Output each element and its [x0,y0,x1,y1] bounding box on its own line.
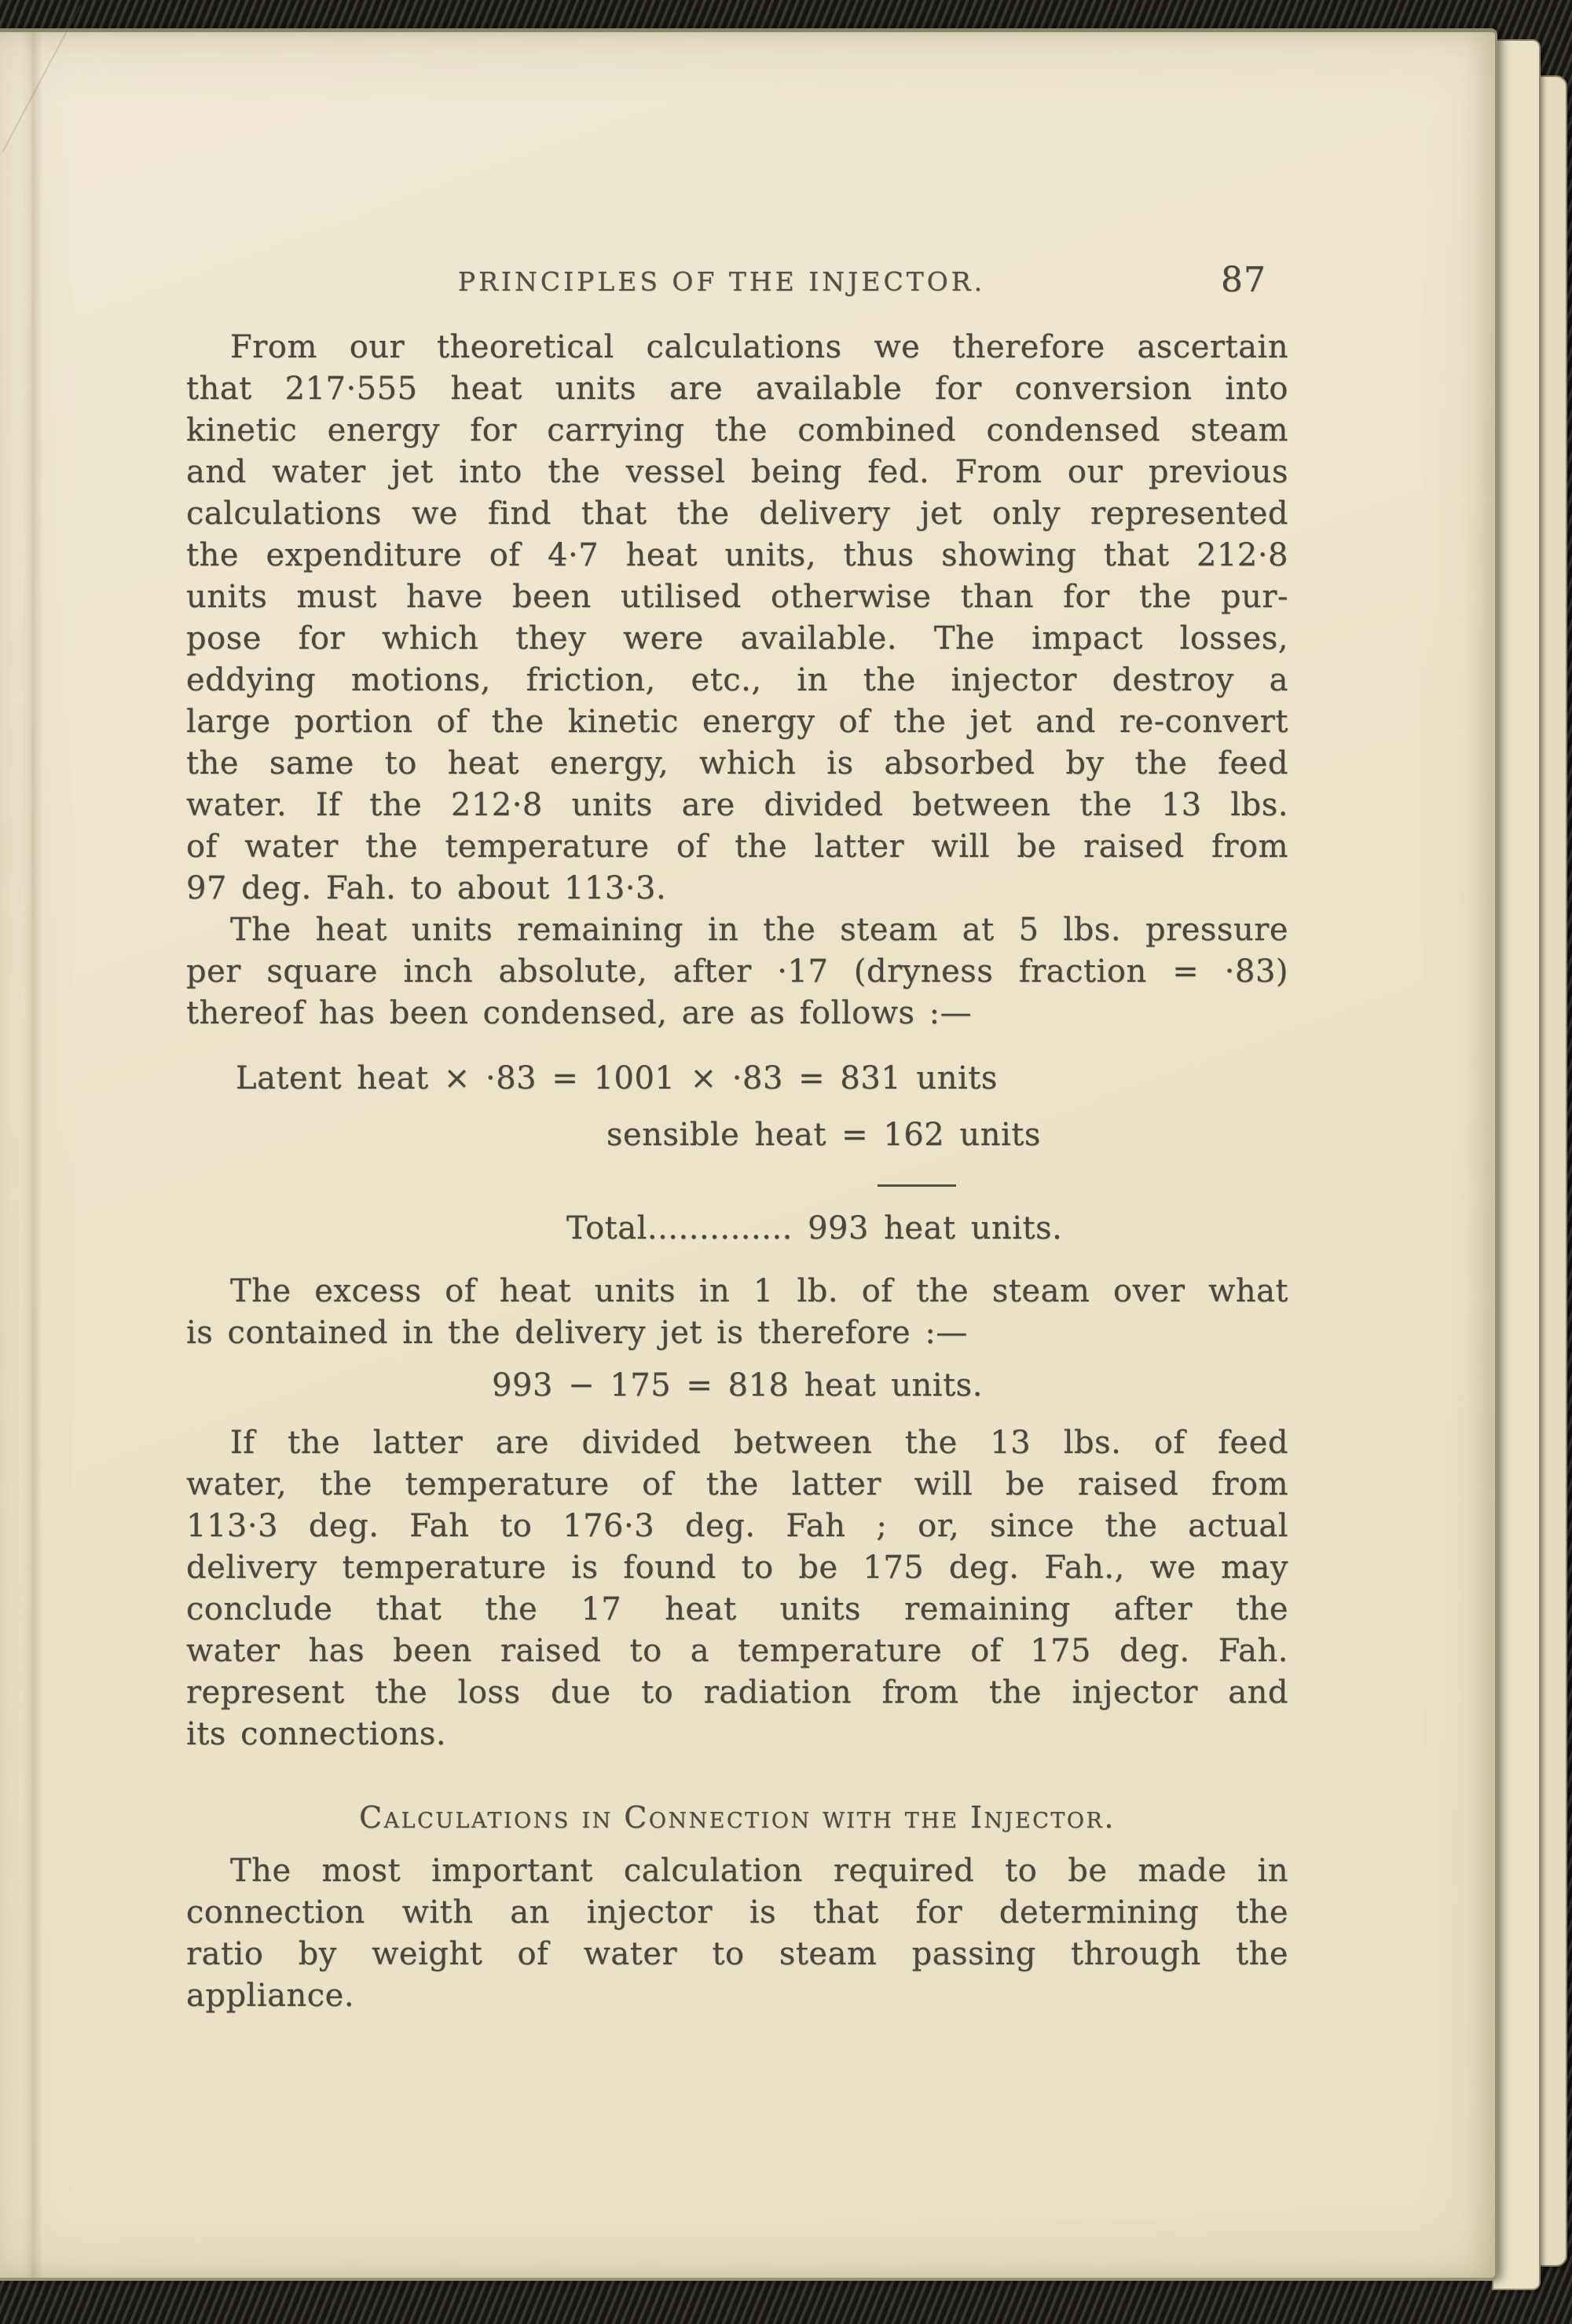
text-line: appliance. [186,1975,1288,2017]
text-line: pose for which they were available. The … [186,618,1288,660]
text-line: the expenditure of 4·7 heat units, thus … [186,535,1288,576]
paragraph-5: The most important calculation required … [186,1850,1288,2017]
equation-total: Total.............. 993 heat units. [186,1208,1288,1250]
gutter-crease [22,32,42,2278]
text-line: its connections. [186,1714,1288,1755]
text-line: connection with an injector is that for … [186,1892,1288,1934]
text-line: kinetic energy for carrying the combined… [186,410,1288,452]
page-header: PRINCIPLES OF THE INJECTOR. 87 [186,266,1288,313]
text-line: The heat units remaining in the steam at… [186,909,1288,951]
corner-crease [2,5,81,152]
text-line: 97 deg. Fah. to about 113·3. [186,868,1288,909]
text-line: The most important calculation required … [186,1850,1288,1892]
paragraph-3: The excess of heat units in 1 lb. of the… [186,1271,1288,1354]
text-line: thereof has been condensed, are as follo… [186,993,1288,1034]
text-line: and water jet into the vessel being fed.… [186,452,1288,493]
section-heading: Calculations in Connection with the Inje… [186,1797,1288,1839]
equation-latent-heat: Latent heat × ·83 = 1001 × ·83 = 831 uni… [186,1058,1288,1100]
book-page: PRINCIPLES OF THE INJECTOR. 87 From our … [0,28,1497,2281]
text-line: represent the loss due to radiation from… [186,1672,1288,1714]
text-line: The excess of heat units in 1 lb. of the… [186,1271,1288,1312]
running-head: PRINCIPLES OF THE INJECTOR. [170,266,1273,297]
paragraph-4: If the latter are divided between the 13… [186,1422,1288,1755]
text-line: water. If the 212·8 units are divided be… [186,785,1288,826]
text-line: ratio by weight of water to steam passin… [186,1934,1288,1975]
paragraph-1: From our theoretical calculations we the… [186,327,1288,909]
paragraph-2: The heat units remaining in the steam at… [186,909,1288,1034]
text-line: calculations we find that the delivery j… [186,493,1288,535]
text-line: water has been raised to a temperature o… [186,1630,1288,1672]
underlying-page-edge-1 [1492,39,1541,2290]
text-line: eddying motions, friction, etc., in the … [186,660,1288,701]
page-content: PRINCIPLES OF THE INJECTOR. 87 From our … [186,32,1288,2017]
page-number: 87 [1221,260,1266,300]
text-line: From our theoretical calculations we the… [186,327,1288,368]
equation-excess: 993 − 175 = 818 heat units. [186,1365,1288,1407]
text-line: of water the temperature of the latter w… [186,826,1288,868]
text-line: units must have been utilised otherwise … [186,576,1288,618]
text-line: per square inch absolute, after ·17 (dry… [186,951,1288,993]
sum-rule [878,1184,956,1187]
text-line: conclude that the 17 heat units remainin… [186,1589,1288,1630]
text-line: water, the temperature of the latter wil… [186,1464,1288,1506]
text-line: If the latter are divided between the 13… [186,1422,1288,1464]
text-line: the same to heat energy, which is absorb… [186,743,1288,785]
text-line: delivery temperature is found to be 175 … [186,1547,1288,1589]
text-line: large portion of the kinetic energy of t… [186,701,1288,743]
text-line: is contained in the delivery jet is ther… [186,1312,1288,1354]
equation-sensible-heat: sensible heat = 162 units [186,1114,1288,1156]
text-line: that 217·555 heat units are available fo… [186,368,1288,410]
text-line: 113·3 deg. Fah to 176·3 deg. Fah ; or, s… [186,1506,1288,1547]
